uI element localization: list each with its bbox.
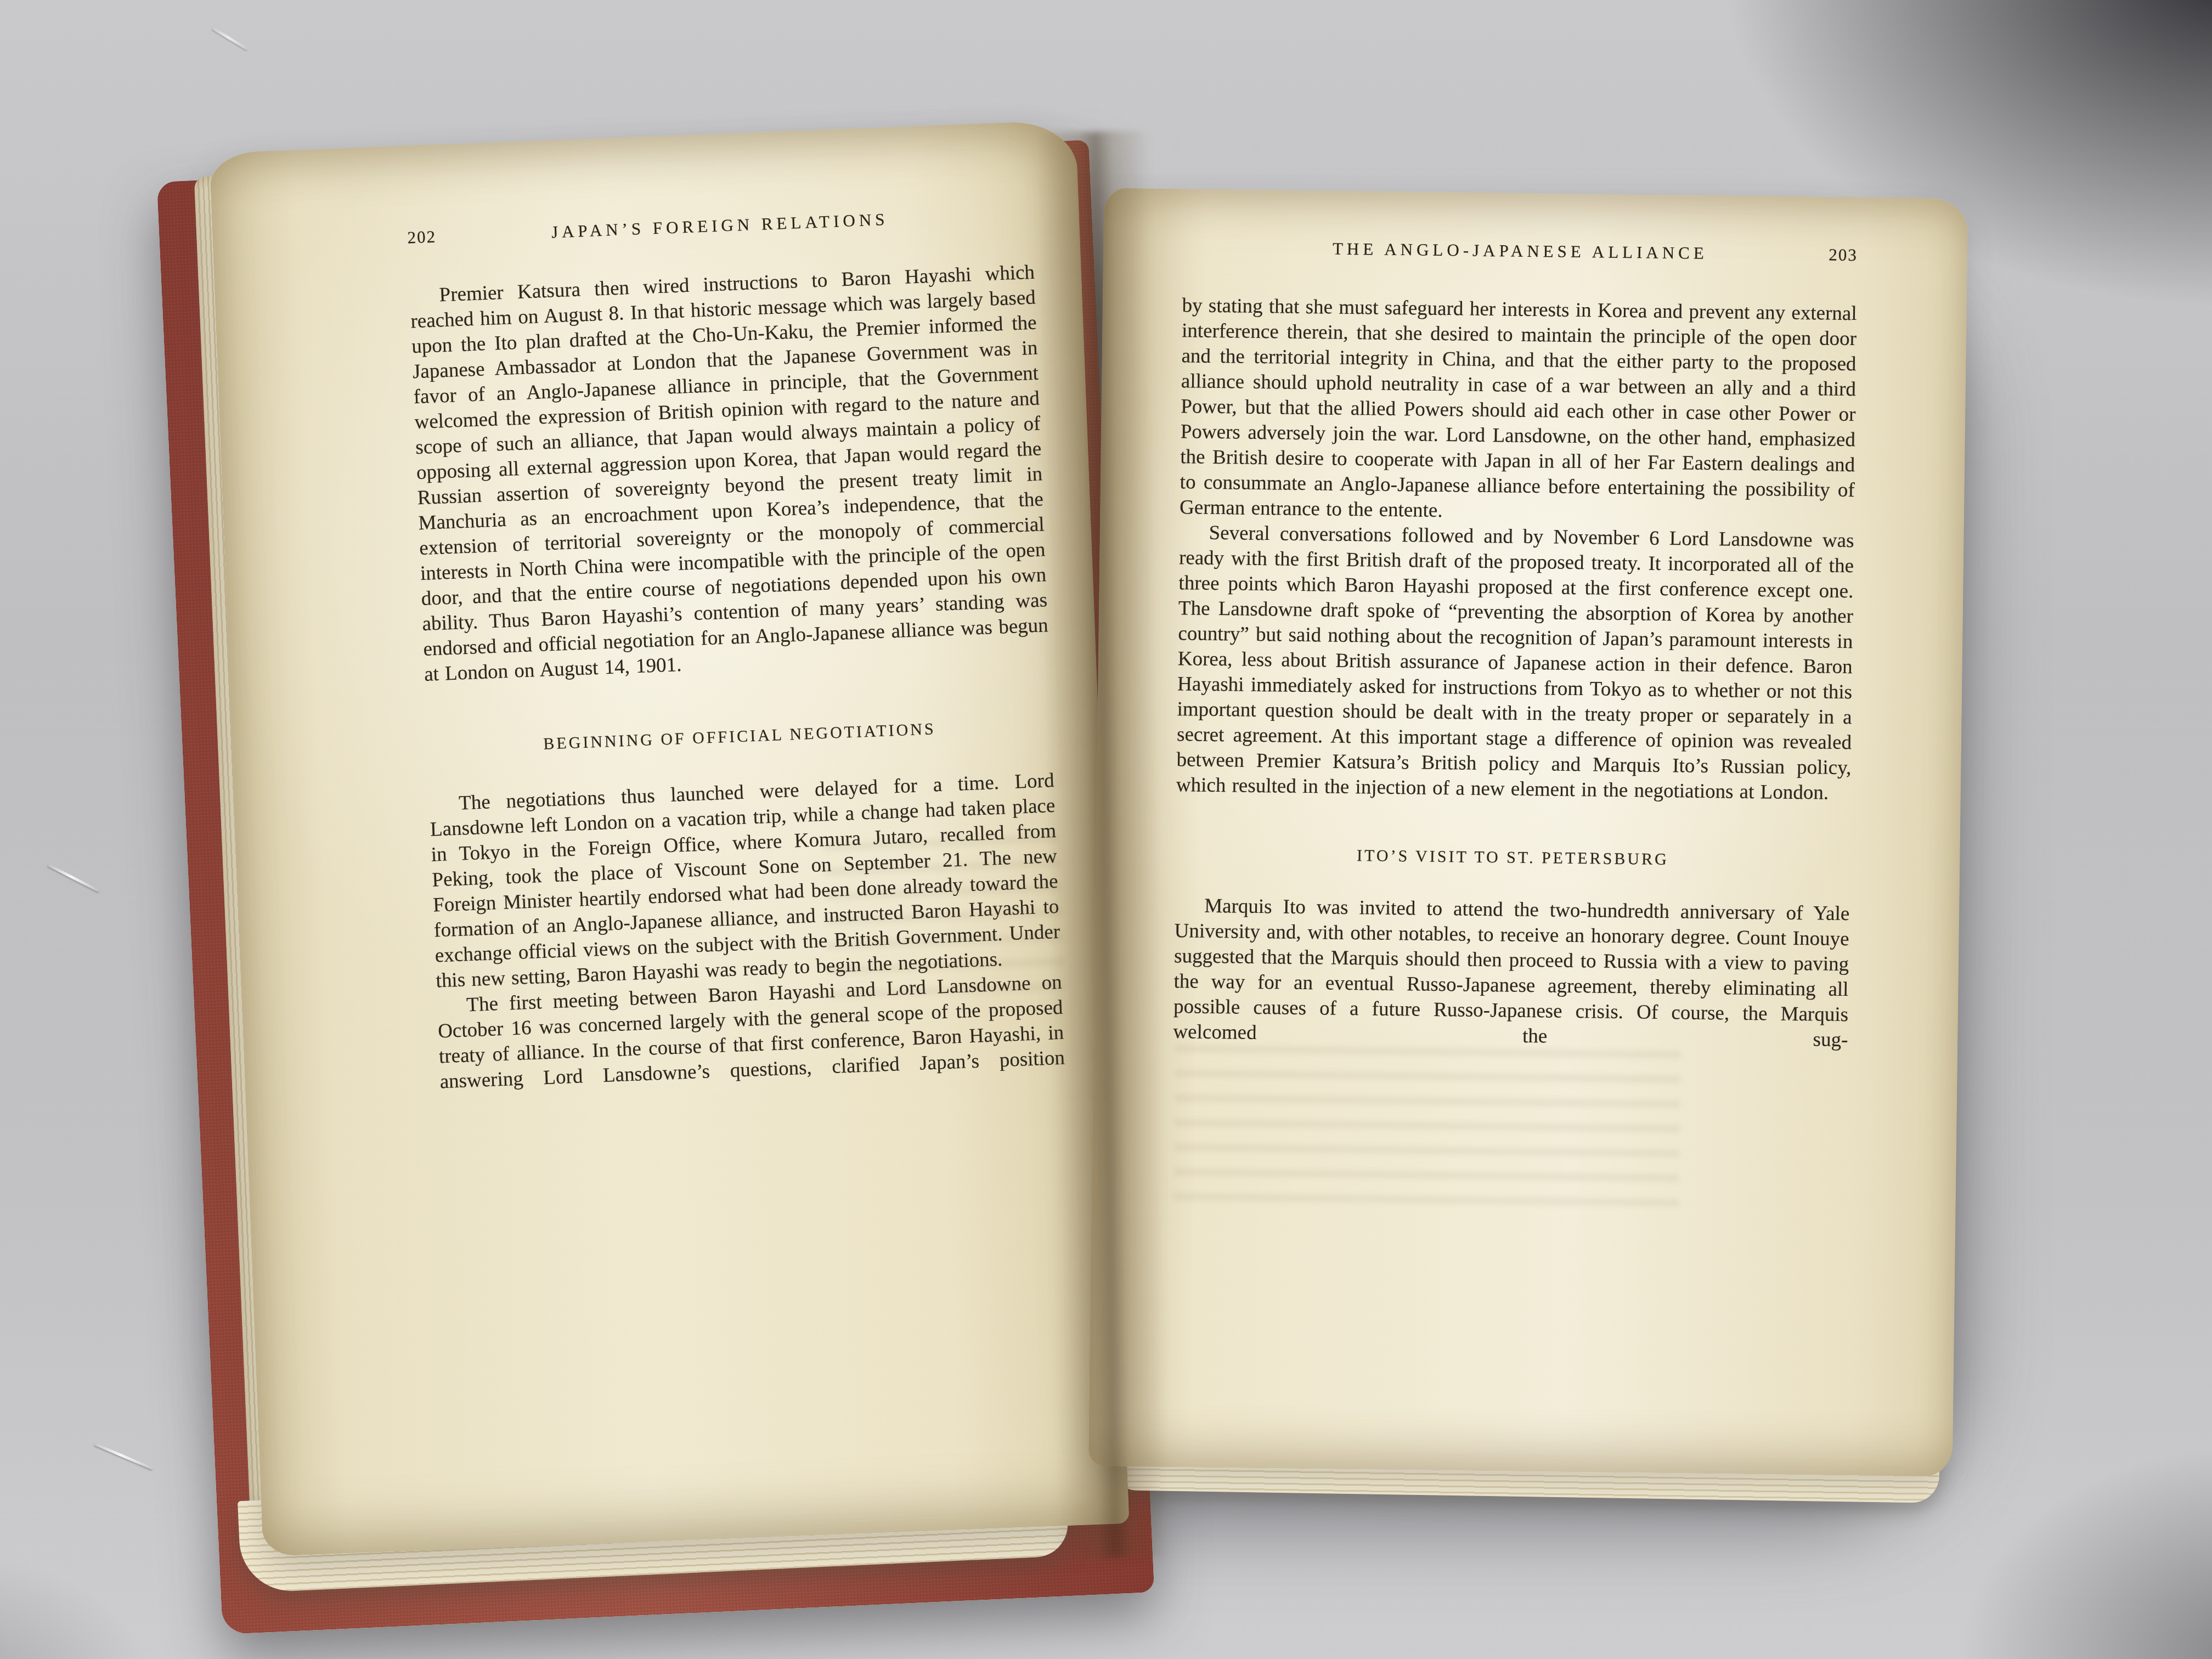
left-page-number: 202 — [407, 227, 437, 248]
left-running-title: JAPAN’S FOREIGN RELATIONS — [407, 204, 1033, 248]
left-page-header: 202 JAPAN’S FOREIGN RELATIONS — [407, 204, 1033, 255]
paragraph: Premier Katsura then wired instructions … — [409, 260, 1049, 687]
section-heading: BEGINNING OF OFFICIAL NEGOTIATIONS — [427, 715, 1052, 758]
left-page: 202 JAPAN’S FOREIGN RELATIONS Premier Ka… — [209, 120, 1129, 1557]
right-page-number: 203 — [1829, 245, 1858, 266]
paragraph: The negotiations thus launched were dela… — [428, 768, 1061, 994]
left-page-content: 202 JAPAN’S FOREIGN RELATIONS Premier Ka… — [209, 120, 1129, 1557]
section-heading: ITO’S VISIT TO ST. PETERSBURG — [1175, 844, 1850, 871]
right-page: THE ANGLO-JAPANESE ALLIANCE 203 by stati… — [1088, 188, 1968, 1476]
paragraph: Marquis Ito was invited to attend the tw… — [1173, 893, 1849, 1053]
open-book: 202 JAPAN’S FOREIGN RELATIONS Premier Ka… — [0, 0, 2212, 1659]
right-running-title: THE ANGLO-JAPANESE ALLIANCE — [1183, 237, 1858, 265]
paragraph: Several conversations followed and by No… — [1176, 520, 1854, 806]
right-page-content: THE ANGLO-JAPANESE ALLIANCE 203 by stati… — [1088, 188, 1968, 1476]
paragraph: by stating that she must safeguard her i… — [1180, 293, 1857, 528]
right-page-header: THE ANGLO-JAPANESE ALLIANCE 203 — [1183, 237, 1858, 272]
photo-background: 202 JAPAN’S FOREIGN RELATIONS Premier Ka… — [0, 0, 2212, 1659]
page-showthrough — [1174, 1045, 1680, 1210]
